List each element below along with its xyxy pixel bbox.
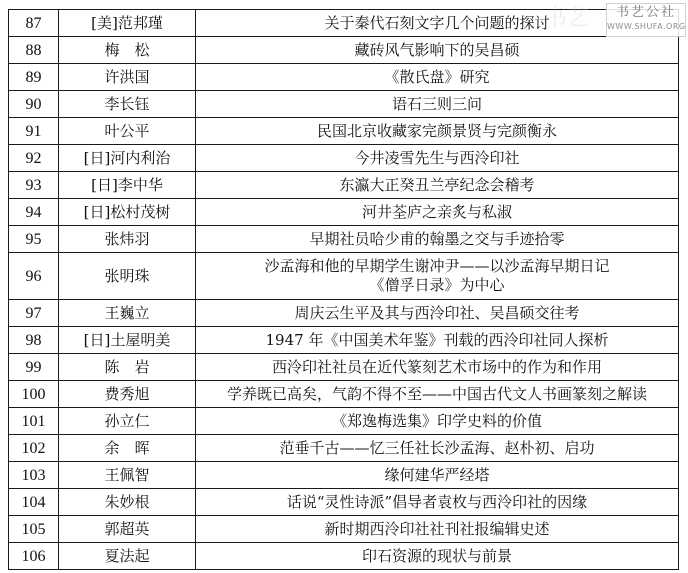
title-line: 话说“灵性诗派”倡导者袁枚与西泠印社的因缘 xyxy=(200,493,674,512)
table-row: 94[日]松村茂树河井荃庐之亲炙与私淑 xyxy=(9,199,679,226)
title-line: 学养既已高矣，气韵不得不至——中国古代文人书画篆刻之解读 xyxy=(200,385,674,404)
cell-author: 费秀旭 xyxy=(59,381,196,408)
cell-title: 新时期西泠印社社刊社报编辑史述 xyxy=(196,516,679,543)
cell-author: 余 晖 xyxy=(59,435,196,462)
cell-author: 叶公平 xyxy=(59,118,196,145)
title-line: 今井凌雪先生与西泠印社 xyxy=(200,149,674,168)
table-row: 93[日]李中华东瀛大正癸丑兰亭纪念会稽考 xyxy=(9,172,679,199)
cell-title: 1947 年《中国美术年鉴》刊载的西泠印社同人探析 xyxy=(196,327,679,354)
title-line: 河井荃庐之亲炙与私淑 xyxy=(200,203,674,222)
table-row: 92[日]河内利治今井凌雪先生与西泠印社 xyxy=(9,145,679,172)
cell-number: 97 xyxy=(9,300,59,327)
cell-author: 张明珠 xyxy=(59,253,196,300)
title-line: 1947 年《中国美术年鉴》刊载的西泠印社同人探析 xyxy=(200,331,674,350)
cell-number: 100 xyxy=(9,381,59,408)
watermark-url: WWW.SHUFA.ORG xyxy=(607,22,685,32)
cell-number: 95 xyxy=(9,226,59,253)
title-line: 缘何建华严经塔 xyxy=(200,466,674,485)
cell-author: [日]土屋明美 xyxy=(59,327,196,354)
document-page: 87[美]范邦瑾关于秦代石刻文字几个问题的探讨88梅 松藏砖风气影响下的吴昌硕8… xyxy=(0,0,688,573)
title-line: 沙孟海和他的早期学生谢冲尹——以沙孟海早期日记 xyxy=(200,257,674,276)
title-line: 《郑逸梅选集》印学史料的价值 xyxy=(200,412,674,431)
title-line: 民国北京收藏家完颜景贤与完颜衡永 xyxy=(200,122,674,141)
cell-number: 88 xyxy=(9,37,59,64)
cell-title: 东瀛大正癸丑兰亭纪念会稽考 xyxy=(196,172,679,199)
title-line: 印石资源的现状与前景 xyxy=(200,547,674,566)
cell-author: 许洪国 xyxy=(59,64,196,91)
cell-number: 90 xyxy=(9,91,59,118)
cell-title: 民国北京收藏家完颜景贤与完颜衡永 xyxy=(196,118,679,145)
cell-title: 话说“灵性诗派”倡导者袁枚与西泠印社的因缘 xyxy=(196,489,679,516)
cell-author: [美]范邦瑾 xyxy=(59,10,196,37)
table-row: 102余 晖范垂千古——忆三任社长沙孟海、赵朴初、启功 xyxy=(9,435,679,462)
cell-title: 印石资源的现状与前景 xyxy=(196,543,679,570)
cell-author: 王佩智 xyxy=(59,462,196,489)
cell-number: 101 xyxy=(9,408,59,435)
cell-title: 语石三则三问 xyxy=(196,91,679,118)
cell-number: 91 xyxy=(9,118,59,145)
cell-title: 学养既已高矣，气韵不得不至——中国古代文人书画篆刻之解读 xyxy=(196,381,679,408)
cell-author: 张炜羽 xyxy=(59,226,196,253)
cell-title: 今井凌雪先生与西泠印社 xyxy=(196,145,679,172)
cell-author: 朱妙根 xyxy=(59,489,196,516)
cell-title: 《散氏盘》研究 xyxy=(196,64,679,91)
cell-author: 孙立仁 xyxy=(59,408,196,435)
watermark-logo-text: 书艺公社 xyxy=(607,4,685,22)
table-row: 100费秀旭学养既已高矣，气韵不得不至——中国古代文人书画篆刻之解读 xyxy=(9,381,679,408)
cell-title: 早期社员哈少甫的翰墨之交与手迹拾零 xyxy=(196,226,679,253)
cell-author: 郭超英 xyxy=(59,516,196,543)
table-row: 89许洪国《散氏盘》研究 xyxy=(9,64,679,91)
cell-number: 87 xyxy=(9,10,59,37)
table-row: 101孙立仁《郑逸梅选集》印学史料的价值 xyxy=(9,408,679,435)
cell-title: 缘何建华严经塔 xyxy=(196,462,679,489)
cell-author: 王巍立 xyxy=(59,300,196,327)
cell-number: 99 xyxy=(9,354,59,381)
table-body: 87[美]范邦瑾关于秦代石刻文字几个问题的探讨88梅 松藏砖风气影响下的吴昌硕8… xyxy=(9,10,679,570)
cell-title: 西泠印社社员在近代篆刻艺术市场中的作为和作用 xyxy=(196,354,679,381)
table-row: 105郭超英新时期西泠印社社刊社报编辑史述 xyxy=(9,516,679,543)
cell-number: 104 xyxy=(9,489,59,516)
title-line: 语石三则三问 xyxy=(200,95,674,114)
cell-number: 103 xyxy=(9,462,59,489)
cell-author: 李长钰 xyxy=(59,91,196,118)
title-line: 《僧孚日录》为中心 xyxy=(200,276,674,295)
table-row: 97王巍立周庆云生平及其与西泠印社、吴昌硕交往考 xyxy=(9,300,679,327)
title-line: 《散氏盘》研究 xyxy=(200,68,674,87)
cell-number: 94 xyxy=(9,199,59,226)
table-row: 91叶公平民国北京收藏家完颜景贤与完颜衡永 xyxy=(9,118,679,145)
cell-number: 96 xyxy=(9,253,59,300)
cell-author: [日]李中华 xyxy=(59,172,196,199)
cell-title: 藏砖风气影响下的吴昌硕 xyxy=(196,37,679,64)
table-row: 96张明珠沙孟海和他的早期学生谢冲尹——以沙孟海早期日记《僧孚日录》为中心 xyxy=(9,253,679,300)
cell-number: 93 xyxy=(9,172,59,199)
title-line: 藏砖风气影响下的吴昌硕 xyxy=(200,41,674,60)
cell-author: 梅 松 xyxy=(59,37,196,64)
cell-title: 沙孟海和他的早期学生谢冲尹——以沙孟海早期日记《僧孚日录》为中心 xyxy=(196,253,679,300)
cell-author: [日]河内利治 xyxy=(59,145,196,172)
table-row: 106夏法起印石资源的现状与前景 xyxy=(9,543,679,570)
paper-list-table: 87[美]范邦瑾关于秦代石刻文字几个问题的探讨88梅 松藏砖风气影响下的吴昌硕8… xyxy=(8,9,679,570)
cell-number: 105 xyxy=(9,516,59,543)
table-row: 88梅 松藏砖风气影响下的吴昌硕 xyxy=(9,37,679,64)
table-row: 99陈 岩西泠印社社员在近代篆刻艺术市场中的作为和作用 xyxy=(9,354,679,381)
cell-title: 周庆云生平及其与西泠印社、吴昌硕交往考 xyxy=(196,300,679,327)
cell-title: 范垂千古——忆三任社长沙孟海、赵朴初、启功 xyxy=(196,435,679,462)
cell-number: 89 xyxy=(9,64,59,91)
cell-author: [日]松村茂树 xyxy=(59,199,196,226)
cell-title: 《郑逸梅选集》印学史料的价值 xyxy=(196,408,679,435)
title-line: 西泠印社社员在近代篆刻艺术市场中的作为和作用 xyxy=(200,358,674,377)
table-row: 90李长钰语石三则三问 xyxy=(9,91,679,118)
table-row: 87[美]范邦瑾关于秦代石刻文字几个问题的探讨 xyxy=(9,10,679,37)
title-line: 东瀛大正癸丑兰亭纪念会稽考 xyxy=(200,176,674,195)
cell-number: 102 xyxy=(9,435,59,462)
cell-author: 陈 岩 xyxy=(59,354,196,381)
title-line: 周庆云生平及其与西泠印社、吴昌硕交往考 xyxy=(200,304,674,323)
table-row: 98[日]土屋明美1947 年《中国美术年鉴》刊载的西泠印社同人探析 xyxy=(9,327,679,354)
cell-number: 106 xyxy=(9,543,59,570)
title-line: 关于秦代石刻文字几个问题的探讨 xyxy=(200,14,674,33)
title-line: 范垂千古——忆三任社长沙孟海、赵朴初、启功 xyxy=(200,439,674,458)
watermark-logo: 书艺公社 WWW.SHUFA.ORG xyxy=(606,3,686,37)
title-line: 新时期西泠印社社刊社报编辑史述 xyxy=(200,520,674,539)
cell-number: 92 xyxy=(9,145,59,172)
cell-author: 夏法起 xyxy=(59,543,196,570)
table-row: 103王佩智缘何建华严经塔 xyxy=(9,462,679,489)
cell-title: 河井荃庐之亲炙与私淑 xyxy=(196,199,679,226)
title-line: 早期社员哈少甫的翰墨之交与手迹拾零 xyxy=(200,230,674,249)
table-row: 104朱妙根话说“灵性诗派”倡导者袁枚与西泠印社的因缘 xyxy=(9,489,679,516)
cell-number: 98 xyxy=(9,327,59,354)
table-row: 95张炜羽早期社员哈少甫的翰墨之交与手迹拾零 xyxy=(9,226,679,253)
